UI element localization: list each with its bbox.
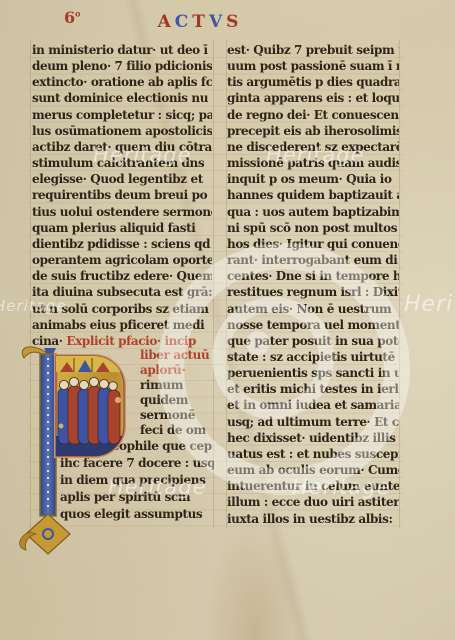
running-title-letter: T <box>192 12 209 32</box>
text-line: de suis fructibz edere· Quem <box>32 268 212 284</box>
heritage-watermark-text: Heritage <box>93 143 192 167</box>
heritage-watermark-text: Heritage <box>266 143 365 167</box>
text-line: ni spū scō non post multos <box>227 220 399 236</box>
running-title-letter: A <box>158 12 175 32</box>
text-line: requirentibs deum breui po <box>32 187 212 203</box>
text-line: est· Quibz 7 prebuit seipm ui <box>227 42 399 58</box>
text-line: iuxta illos in uestibz albis: <box>227 511 399 527</box>
text-line: de regno dei· Et conuescens <box>227 107 399 123</box>
text-line: uum post passionē suam ī mul <box>227 58 399 74</box>
initial-terminal-flourish <box>20 514 70 554</box>
text-line: lus osūmationem apostolicis <box>32 123 212 139</box>
running-title-actus: ACTVS <box>0 12 400 32</box>
text-line: precepit eis ab iherosolimis <box>227 123 399 139</box>
running-title-letter: V <box>209 12 226 32</box>
text-line: merus completetur : sicq; pau <box>32 107 212 123</box>
manuscript-page-photo: 6o ACTVS in ministerio datur· ut deo īde… <box>0 0 455 640</box>
text-line: deum pleno· 7 filio pdicionis <box>32 58 212 74</box>
text-line: sunt dominice electionis nu <box>32 90 212 106</box>
text-line: extincto· oratione ab aplis fcā <box>32 74 212 90</box>
text-line: tis argumētis p dies quadra <box>227 74 399 90</box>
text-line: ginta apparens eis : et loquēs <box>227 90 399 106</box>
column-rail <box>399 40 400 528</box>
text-line: tius uolui ostendere sermonē <box>32 204 212 220</box>
gold-glint <box>59 424 64 429</box>
heritage-watermark-text: Heritage <box>292 475 391 499</box>
watermark-logo-ring-inner <box>212 297 334 419</box>
heritage-watermark-text: Heritage <box>0 297 67 315</box>
running-title-letter: S <box>226 12 242 32</box>
text-line: dientibz pdidisse : sciens qd <box>32 236 212 252</box>
text-line: inquit p os meum· Quia io <box>227 171 399 187</box>
illuminated-initial-p <box>16 336 146 566</box>
running-title-letter: C <box>175 12 193 32</box>
text-line: quam plerius aliquid fasti <box>32 220 212 236</box>
heritage-watermark-text: Heritage <box>108 475 207 499</box>
text-line: in ministerio datur· ut deo ī <box>32 42 212 58</box>
text-line: qua : uos autem baptizabimi <box>227 204 399 220</box>
heritage-watermark-text: Heritage <box>404 292 455 317</box>
gold-glint <box>115 397 121 403</box>
text-line: hannes quidem baptizauit a <box>227 187 399 203</box>
text-line: elegisse· Quod legentibz et <box>32 171 212 187</box>
watermark-logo-dot <box>246 331 270 355</box>
text-line: operantem agricolam oportet <box>32 252 212 268</box>
initial-p-miniature <box>16 336 146 566</box>
